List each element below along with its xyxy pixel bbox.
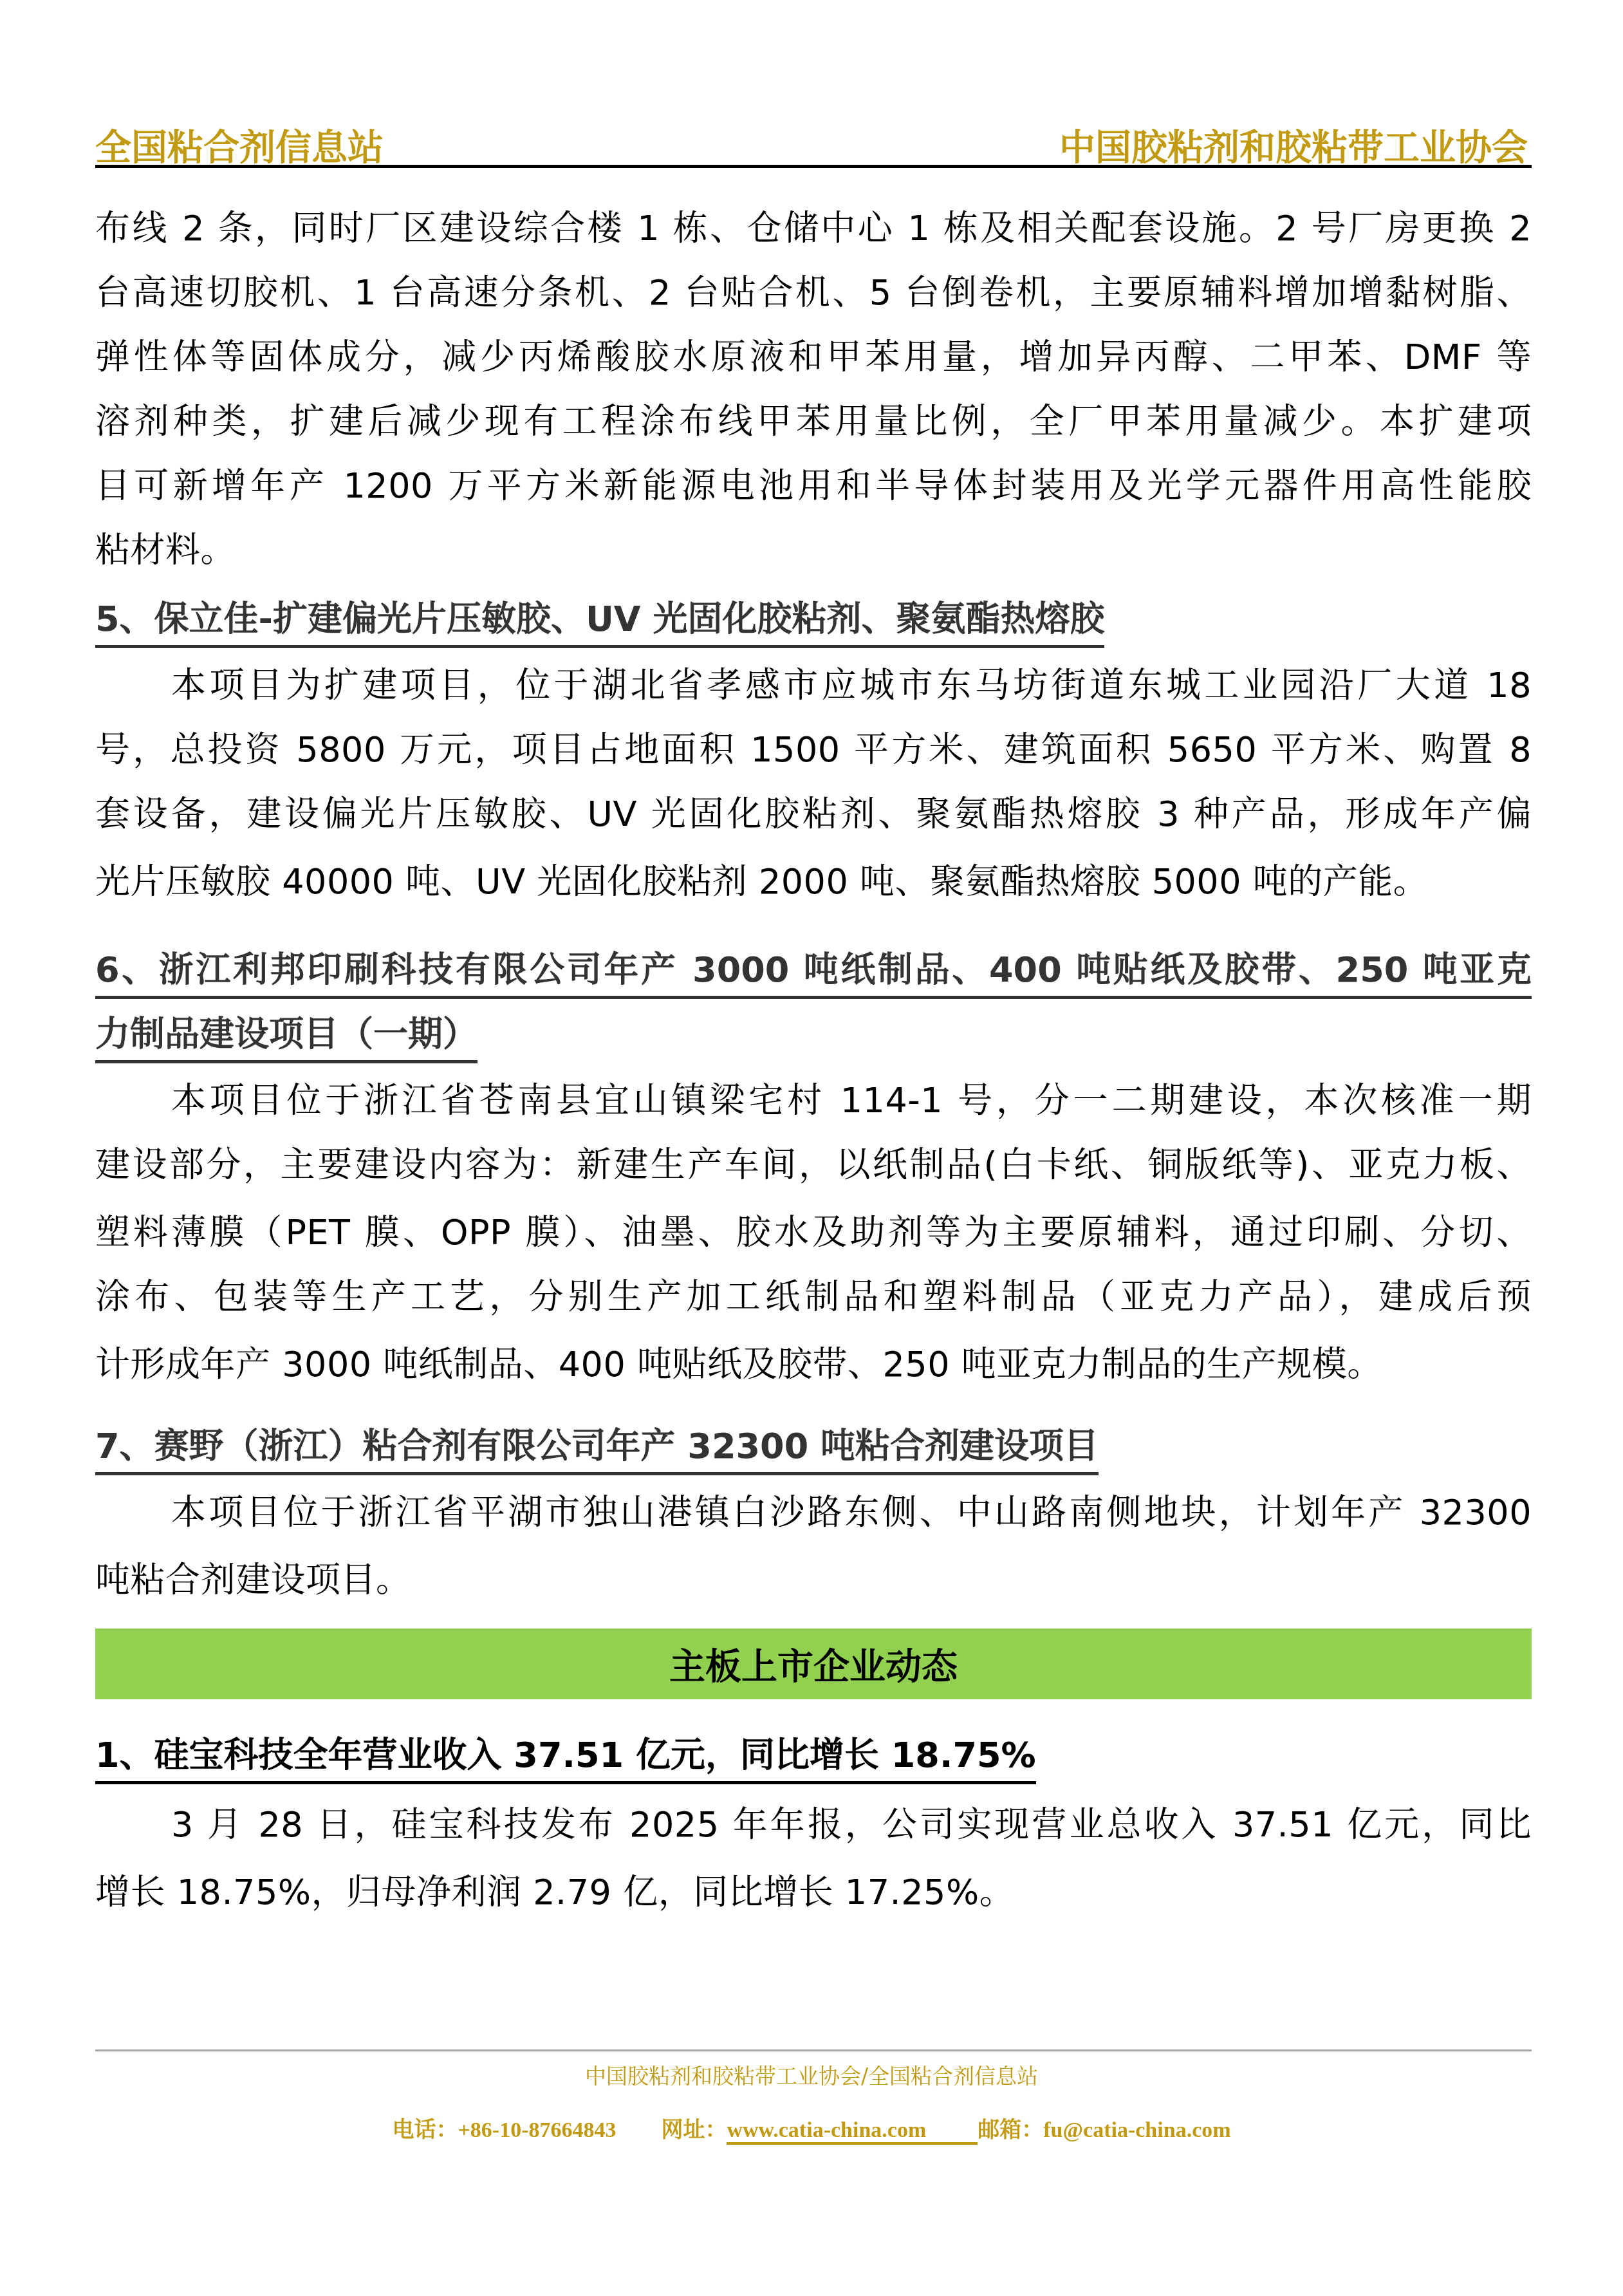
section-banner-title: 主板上市企业动态 [669,1638,958,1690]
paragraph-line: 塑料薄膜（PET 膜、OPP 膜）、油墨、胶水及助剂等为主要原辅料，通过印刷、分… [95,1207,1532,1258]
paragraph-line: 台高速切胶机、1 台高速分条机、2 台贴合机、5 台倒卷机，主要原辅料增加增黏树… [95,267,1532,319]
header-divider [95,165,1532,168]
project-heading: 7、赛野（浙江）粘合剂有限公司年产 32300 吨粘合剂建设项目 [95,1421,1099,1475]
website-label: 网址： [661,2118,727,2142]
paragraph-line: 目可新增年产 1200 万平方米新能源电池用和半导体封装用及光学元器件用高性能胶 [95,460,1532,512]
footer-contact: 电话：+86-10-87664843网址：www.catia-china.com… [0,2111,1623,2150]
paragraph-line: 号，总投资 5800 万元，项目占地面积 1500 平方米、建筑面积 5650 … [95,724,1532,776]
paragraph-line: 粘材料。 [95,525,1532,576]
section-banner: 主板上市企业动态 [95,1629,1532,1699]
project-heading-continued: 力制品建设项目（一期） [95,1009,478,1063]
paragraph-line: 溶剂种类，扩建后减少现有工程涂布线甲苯用量比例，全厂甲苯用量减少。本扩建项 [95,396,1532,447]
website-link[interactable]: www.catia-china.com [727,2118,978,2145]
paragraph-line: 弹性体等固体成分，减少丙烯酸胶水原液和甲苯用量，增加异丙醇、二甲苯、DMF 等 [95,331,1532,383]
paragraph-line: 3 月 28 日，硅宝科技发布 2025 年年报，公司实现营业总收入 37.51… [95,1799,1532,1851]
paragraph-line: 吨粘合剂建设项目。 [95,1554,1532,1606]
paragraph-line: 本项目为扩建项目，位于湖北省孝感市应城市东马坊街道东城工业园沿厂大道 18 [95,660,1532,711]
news-heading: 1、硅宝科技全年营业收入 37.51 亿元，同比增长 18.75% [95,1730,1036,1784]
paragraph-line: 布线 2 条，同时厂区建设综合楼 1 栋、仓储中心 1 栋及相关配套设施。2 号… [95,203,1532,254]
footer-divider [95,2049,1532,2051]
phone-number: +86-10-87664843 [458,2118,616,2142]
paragraph-line: 增长 18.75%，归母净利润 2.79 亿，同比增长 17.25%。 [95,1867,1532,1918]
footer-organization: 中国胶粘剂和胶粘带工业协会/全国粘合剂信息站 [0,2057,1623,2096]
paragraph-line: 计形成年产 3000 吨纸制品、400 吨贴纸及胶带、250 吨亚克力制品的生产… [95,1339,1532,1390]
paragraph-line: 光片压敏胶 40000 吨、UV 光固化胶粘剂 2000 吨、聚氨酯热熔胶 50… [95,856,1532,908]
phone-label: 电话： [392,2118,458,2142]
paragraph-line: 本项目位于浙江省平湖市独山港镇白沙路东侧、中山路南侧地块，计划年产 32300 [95,1487,1532,1538]
paragraph-line: 涂布、包装等生产工艺，分别生产加工纸制品和塑料制品（亚克力产品），建成后预 [95,1271,1532,1323]
paragraph-line: 本项目位于浙江省苍南县宜山镇梁宅村 114-1 号，分一二期建设，本次核准一期 [95,1075,1532,1126]
email-address[interactable]: fu@catia-china.com [1043,2118,1230,2142]
paragraph-line: 建设部分，主要建设内容为：新建生产车间，以纸制品(白卡纸、铜版纸等)、亚克力板、 [95,1139,1532,1191]
paragraph-line: 套设备，建设偏光片压敏胶、UV 光固化胶粘剂、聚氨酯热熔胶 3 种产品，形成年产… [95,789,1532,840]
email-label: 邮箱： [978,2118,1043,2142]
project-heading: 5、保立佳-扩建偏光片压敏胶、UV 光固化胶粘剂、聚氨酯热熔胶 [95,593,1104,648]
project-heading: 6、浙江利邦印刷科技有限公司年产 3000 吨纸制品、400 吨贴纸及胶带、25… [95,944,1532,999]
